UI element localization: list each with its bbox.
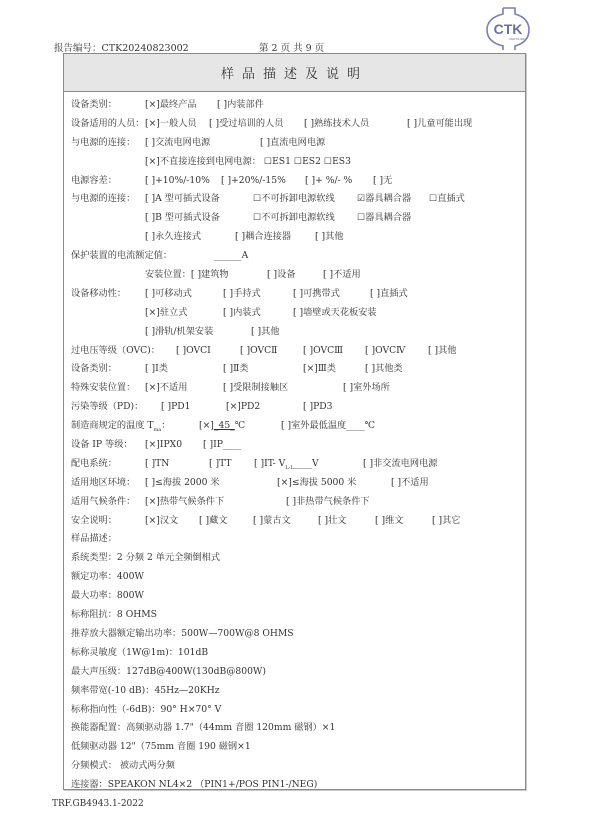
checkbox-option[interactable]: [ ]永久连接式 — [145, 228, 201, 247]
form-row: 标称阻抗：8 OHMS — [71, 606, 525, 625]
checkbox-option[interactable]: [ ]内装部件 — [217, 96, 264, 115]
form-row: 标称灵敏度（1W@1m)：101dB — [71, 644, 525, 663]
form-row: 与电源的连接：[ ]交流电网电源[ ]直流电网电源 — [71, 134, 525, 153]
checkbox-option[interactable]: [ ]室外最低温度____℃ — [281, 417, 375, 436]
checkbox-option[interactable]: [ ]Ⅰ类 — [145, 360, 168, 379]
row-label: 特殊安装位置： — [71, 379, 135, 398]
checkbox-option[interactable]: [ ]藏文 — [199, 512, 227, 531]
row-label: 低频驱动器 12"（75mm 音圈 190 磁钢×1 — [71, 738, 251, 757]
checkbox-option[interactable]: [ ]设备 — [267, 266, 295, 285]
form-row: 安全说明：[×]汉文[ ]藏文[ ]蒙古文[ ]壮文[ ]维文[ ]其它 — [71, 512, 525, 531]
sample-description-table: 样品描述及说明 设备类别：[×]最终产品[ ]内装部件设备适用的人员：[×]一般… — [63, 53, 526, 790]
row-label: 额定功率：400W — [71, 568, 144, 587]
checkbox-option[interactable]: [×]热带气候条件下 — [145, 493, 224, 512]
form-row: 保护装置的电流额定值：______A — [71, 247, 525, 266]
form-row: 设备移动性：[ ]可移动式[ ]手持式[ ]可携带式[ ]直插式 — [71, 285, 525, 304]
form-row: 最大声压级：127dB@400W(130dB@800W) — [71, 663, 525, 682]
form-row: 样品描述： — [71, 530, 525, 549]
checkbox-option[interactable]: [ ]直流电网电源 — [260, 134, 325, 153]
row-label: 污染等级（PD)： — [71, 398, 143, 417]
form-row: [×]驻立式[ ]内装式[ ]墙壁或天花板安装 — [71, 304, 525, 323]
form-row: 设备 IP 等级：[×]IPX0[ ]IP____ — [71, 436, 525, 455]
row-label: 保护装置的电流额定值： — [71, 247, 172, 266]
row-label: 系统类型：2 分频 2 单元全频倒相式 — [71, 549, 220, 568]
checkbox-option[interactable]: [ ]OVCⅣ — [365, 342, 405, 361]
form-row: 连接器：SPEAKON NL4×2 （PIN1+/POS PIN1-/NEG) — [71, 776, 525, 795]
form-row: 与电源的连接：[ ]A 型可插式设备☐不可拆卸电源软线☑器具耦合器☐直插式 — [71, 190, 525, 209]
report-header: 报告编号：CTK20240823002 第 2 页 共 9 页 — [54, 40, 189, 54]
form-row: 频率带宽(-10 dB)：45Hz—20KHz — [71, 682, 525, 701]
checkbox-option[interactable]: [ ]IP____ — [203, 436, 241, 455]
checkbox-option[interactable]: [ ]PD3 — [303, 398, 332, 417]
row-label: 设备类别： — [71, 360, 117, 379]
form-row: 配电系统：[ ]TN[ ]TT[ ]IT- VL-L____V[ ]非交流电网电… — [71, 455, 525, 474]
form-row: 额定功率：400W — [71, 568, 525, 587]
checkbox-option[interactable]: [×]汉文 — [145, 512, 178, 531]
form-row: 污染等级（PD)：[ ]PD1[×]PD2[ ]PD3 — [71, 398, 525, 417]
row-label: 推荐放大器额定输出功率：500W—700W@8 OHMS — [71, 625, 294, 644]
checkbox-option[interactable]: ☐不可拆卸电源软线 — [253, 190, 335, 209]
checkbox-option[interactable]: [ ]A 型可插式设备 — [145, 190, 220, 209]
form-row: [ ]滑轨/机架安装[ ]其他 — [71, 323, 525, 342]
row-label: 设备移动性： — [71, 285, 126, 304]
checkbox-option[interactable]: [×]一般人员 — [145, 115, 197, 134]
checkbox-option[interactable]: [ ]儿童可能出现 — [407, 115, 472, 134]
row-label: 分频模式： 被动式两分频 — [71, 757, 175, 776]
checkbox-option[interactable]: [×]PD2 — [226, 398, 260, 417]
checkbox-option[interactable]: [ ]受限制接触区 — [223, 379, 288, 398]
row-label: 标称灵敏度（1W@1m)：101dB — [71, 644, 208, 663]
row-label: 频率带宽(-10 dB)：45Hz—20KHz — [71, 682, 220, 701]
row-label: 与电源的连接： — [71, 190, 135, 209]
checkbox-option[interactable]: [ ]+10%/-10% — [145, 172, 210, 191]
checkbox-option[interactable]: [ ]PD1 — [161, 398, 190, 417]
form-row: 低频驱动器 12"（75mm 音圈 190 磁钢×1 — [71, 738, 525, 757]
form-row: [ ]永久连接式[ ]耦合连接器[ ]其他 — [71, 228, 525, 247]
checkbox-option[interactable]: [ ]直插式 — [370, 285, 408, 304]
checkbox-option[interactable]: [ ]室外场所 — [343, 379, 390, 398]
checkbox-option[interactable]: [ ]不适用 — [323, 266, 361, 285]
checkbox-option[interactable]: ☑器具耦合器 — [357, 190, 411, 209]
checkbox-option[interactable]: [ ]B 型可插式设备 — [145, 209, 220, 228]
row-label: 设备适用的人员： — [71, 115, 145, 134]
form-row: 适用气候条件：[×]热带气候条件下[ ]非热带气候条件下 — [71, 493, 525, 512]
checkbox-option[interactable]: [ ]其它 — [432, 512, 460, 531]
row-label: 过电压等级（OVC)： — [71, 342, 160, 361]
ctk-logo: CTK CERTIFIED — [481, 6, 533, 50]
checkbox-option[interactable]: [ ]其他类 — [365, 360, 403, 379]
form-row: 分频模式： 被动式两分频 — [71, 757, 525, 776]
row-label: 适用气候条件： — [71, 493, 135, 512]
row-label: 换能器配置：高频驱动器 1.7"（44mm 音圈 120mm 磁钢）×1 — [71, 719, 335, 738]
checkbox-option[interactable]: [×]_45_℃ — [199, 417, 245, 436]
page-info: 第 2 页 共 9 页 — [259, 40, 324, 54]
row-label: 设备 IP 等级： — [71, 436, 133, 455]
checkbox-option[interactable]: [×]驻立式 — [145, 304, 187, 323]
row-label: 标称指向性（-6dB)：90° H×70° V — [71, 701, 221, 720]
checkbox-option[interactable]: [ ]≤海拔 2000 米 — [145, 474, 220, 493]
checkbox-option[interactable]: [ ]手持式 — [223, 285, 261, 304]
form-row: 系统类型：2 分频 2 单元全频倒相式 — [71, 549, 525, 568]
checkbox-option[interactable]: [×]最终产品 — [145, 96, 197, 115]
checkbox-option[interactable]: [ ]TT — [209, 455, 232, 474]
form-row: 制造商规定的温度 Tma：[×]_45_℃[ ]室外最低温度____℃ — [71, 417, 525, 436]
checkbox-option[interactable]: [ ]耦合连接器 — [235, 228, 291, 247]
checkbox-option[interactable]: [×]不适用 — [145, 379, 187, 398]
checkbox-option[interactable]: [×]≤海拔 5000 米 — [277, 474, 356, 493]
checkbox-option[interactable]: [ ]蒙古文 — [253, 512, 291, 531]
row-label: 配电系统： — [71, 455, 117, 474]
form-row: 特殊安装位置：[×]不适用[ ]受限制接触区[ ]室外场所 — [71, 379, 525, 398]
row-label: 安全说明： — [71, 512, 117, 531]
checkbox-option[interactable]: ☐不可拆卸电源软线 — [253, 209, 335, 228]
checkbox-option[interactable]: [ ]壮文 — [318, 512, 346, 531]
form-row: 推荐放大器额定输出功率：500W—700W@8 OHMS — [71, 625, 525, 644]
checkbox-option[interactable]: [ ]维文 — [375, 512, 403, 531]
row-label: 最大声压级：127dB@400W(130dB@800W) — [71, 663, 266, 682]
checkbox-option[interactable]: [×]Ⅲ类 — [303, 360, 336, 379]
checkbox-option[interactable]: [ ]交流电网电源 — [145, 134, 210, 153]
checkbox-option[interactable]: [ ]滑轨/机架安装 — [145, 323, 213, 342]
form-row: 适用地区环境：[ ]≤海拔 2000 米[×]≤海拔 5000 米[ ]不适用 — [71, 474, 525, 493]
checkbox-option[interactable]: [ ]+ %/- % — [305, 172, 352, 191]
checkbox-option[interactable]: [ ]非交流电网电源 — [363, 455, 437, 474]
form-row: 设备类别：[×]最终产品[ ]内装部件 — [71, 96, 525, 115]
row-label: 电源容差： — [71, 172, 117, 191]
form-row: 安装位置：[ ]建筑物[ ]设备[ ]不适用 — [71, 266, 525, 285]
row-label: 连接器：SPEAKON NL4×2 （PIN1+/POS PIN1-/NEG) — [71, 776, 317, 795]
row-label: 适用地区环境： — [71, 474, 135, 493]
form-row: 换能器配置：高频驱动器 1.7"（44mm 音圈 120mm 磁钢）×1 — [71, 719, 525, 738]
row-label: 标称阻抗：8 OHMS — [71, 606, 157, 625]
field-value: ______A — [214, 247, 248, 266]
form-row: 电源容差：[ ]+10%/-10%[ ]+20%/-15%[ ]+ %/- %[… — [71, 172, 525, 191]
checkbox-option[interactable]: ☐器具耦合器 — [357, 209, 411, 228]
form-row: [×]不直接连接到电网电源： ☐ES1 ☐ES2 ☐ES3 — [71, 153, 525, 172]
checkbox-option[interactable]: [ ]TN — [145, 455, 169, 474]
ctk-logo-icon: CTK CERTIFIED — [481, 6, 533, 50]
checkbox-option[interactable]: [ ]受过培训的人员 — [209, 115, 283, 134]
svg-text:CERTIFIED: CERTIFIED — [509, 37, 526, 41]
description-rows: 设备类别：[×]最终产品[ ]内装部件设备适用的人员：[×]一般人员[ ]受过培… — [64, 92, 525, 795]
checkbox-option[interactable]: [ ]其他 — [428, 342, 456, 361]
row-label: 与电源的连接： — [71, 134, 135, 153]
checkbox-option[interactable]: [ ]OVCⅡ — [240, 342, 277, 361]
checkbox-option[interactable]: [ ]OVCⅠ — [176, 342, 211, 361]
checkbox-option[interactable]: [×]IPX0 — [145, 436, 182, 455]
checkbox-option[interactable]: [ ]无 — [373, 172, 392, 191]
checkbox-option[interactable]: [ ]OVCⅢ — [303, 342, 343, 361]
row-label: 样品描述： — [71, 530, 117, 549]
checkbox-option[interactable]: [ ]不适用 — [391, 474, 429, 493]
checkbox-option[interactable]: [ ]可移动式 — [145, 285, 192, 304]
form-row: 过电压等级（OVC)：[ ]OVCⅠ[ ]OVCⅡ[ ]OVCⅢ[ ]OVCⅣ[… — [71, 342, 525, 361]
checkbox-option[interactable]: [ ]可携带式 — [293, 285, 340, 304]
row-label: 设备类别： — [71, 96, 117, 115]
form-row: 设备类别：[ ]Ⅰ类[ ]Ⅱ类[×]Ⅲ类[ ]其他类 — [71, 360, 525, 379]
section-title: 样品描述及说明 — [64, 54, 525, 92]
form-row: 最大功率：800W — [71, 587, 525, 606]
checkbox-option[interactable]: [ ]其他 — [315, 228, 343, 247]
form-row: 设备适用的人员：[×]一般人员[ ]受过培训的人员[ ]熟练技术人员[ ]儿童可… — [71, 115, 525, 134]
checkbox-option[interactable]: [ ]非热带气候条件下 — [286, 493, 370, 512]
checkbox-option[interactable]: [ ]其他 — [251, 323, 279, 342]
form-row: [ ]B 型可插式设备☐不可拆卸电源软线☐器具耦合器 — [71, 209, 525, 228]
checkbox-option[interactable]: ☐直插式 — [429, 190, 465, 209]
checkbox-option[interactable]: [ ]Ⅱ类 — [223, 360, 249, 379]
checkbox-option[interactable]: [ ]+20%/-15% — [221, 172, 286, 191]
form-row: 标称指向性（-6dB)：90° H×70° V — [71, 701, 525, 720]
field-value: 安装位置：[ ]建筑物 — [145, 266, 229, 285]
form-id: TRF.GB4943.1-2022 — [52, 799, 144, 809]
checkbox-option[interactable]: [ ]熟练技术人员 — [304, 115, 369, 134]
svg-text:CTK: CTK — [494, 21, 523, 37]
row-label: 最大功率：800W — [71, 587, 144, 606]
checkbox-option[interactable]: [×]不直接连接到电网电源： ☐ES1 ☐ES2 ☐ES3 — [145, 153, 351, 172]
checkbox-option[interactable]: [ ]内装式 — [223, 304, 261, 323]
checkbox-option[interactable]: [ ]墙壁或天花板安装 — [293, 304, 377, 323]
